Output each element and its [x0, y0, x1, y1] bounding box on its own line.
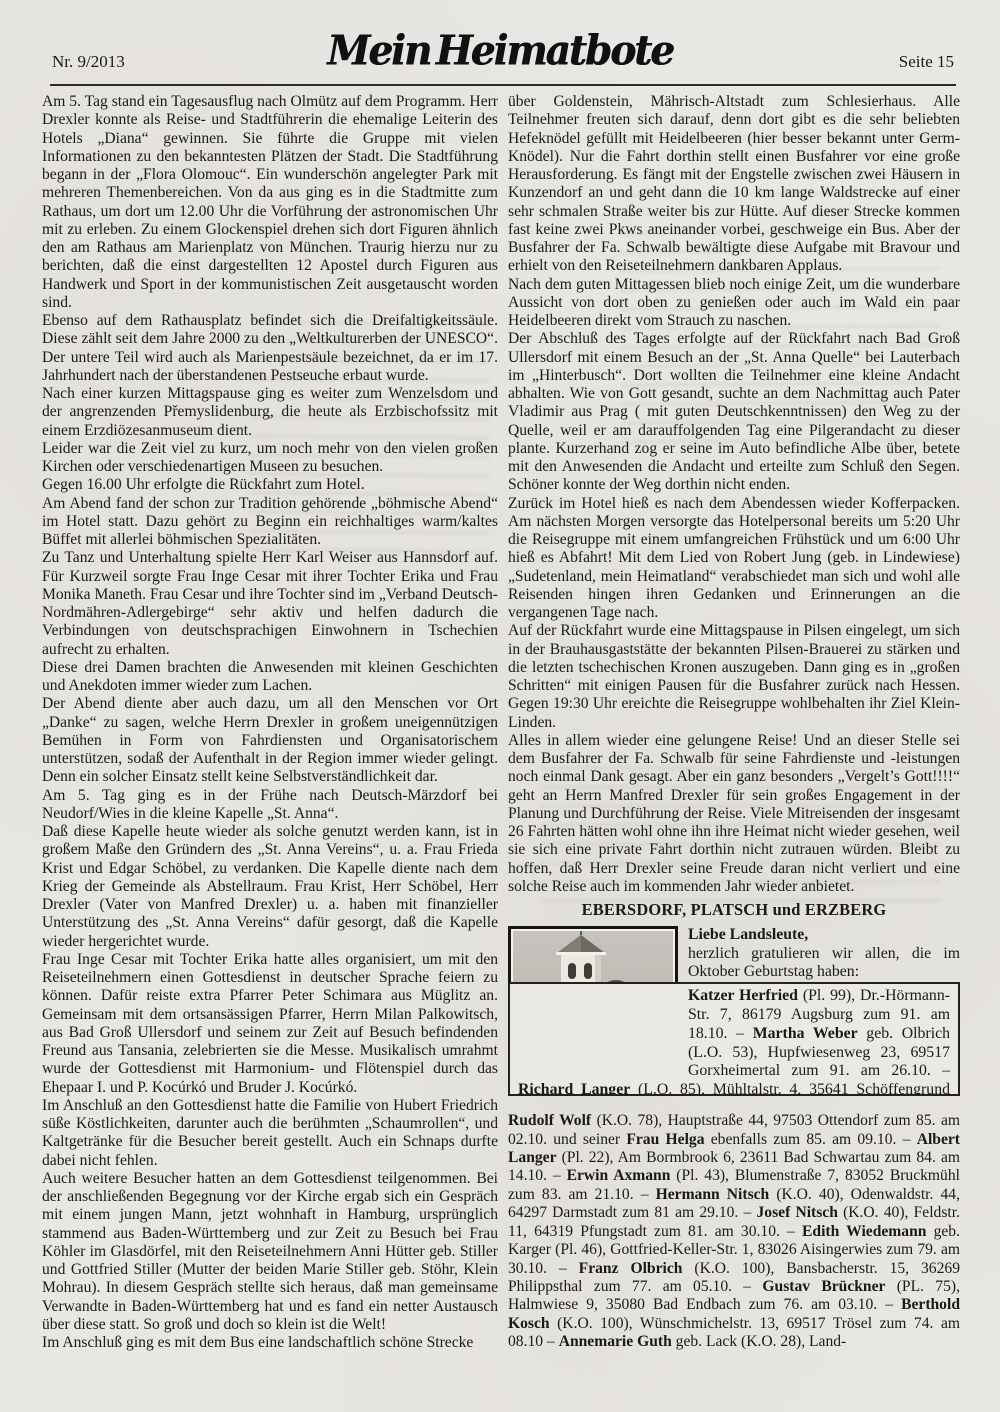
person-name: Martha Weber: [753, 1025, 858, 1042]
paragraph: Zurück im Hotel hieß es nach dem Abendes…: [508, 495, 960, 623]
paragraph: Am 5. Tag ging es in der Frühe nach Deut…: [42, 787, 498, 824]
paragraph: Der Abend diente aber auch dazu, um all …: [42, 695, 498, 786]
paragraph: Zu Tanz und Unterhaltung spielte Herr Ka…: [42, 549, 498, 659]
page-number: Seite 15: [899, 52, 954, 72]
text-segment: ebenfalls zum 85. am 09.10. –: [705, 1131, 917, 1148]
paragraph: Nach einer kurzen Mittagspause ging es w…: [42, 385, 498, 440]
paragraph: Frau Inge Cesar mit Tochter Erika hatte …: [42, 951, 498, 1097]
right-column-paragraphs: über Goldenstein, Mährisch-Altstadt zum …: [508, 93, 960, 896]
paragraph: Gegen 16.00 Uhr erfolgte die Rückfahrt z…: [42, 476, 498, 494]
paragraph: Der Abschluß des Tages erfolgte auf der …: [508, 330, 960, 494]
person-name: Katzer Herfried: [688, 987, 798, 1004]
person-name: Frau Helga: [626, 1131, 704, 1148]
paragraph: Ebenso auf dem Rathausplatz befindet sic…: [42, 312, 498, 385]
person-name: Annemarie Guth: [559, 1333, 672, 1350]
header-rule: [50, 84, 956, 86]
paragraph: Leider war die Zeit viel zu kurz, um noc…: [42, 440, 498, 477]
paragraph: Daß diese Kapelle heute wieder als solch…: [42, 823, 498, 951]
paragraph: über Goldenstein, Mährisch-Altstadt zum …: [508, 93, 960, 276]
person-name: Edith Wiedemann: [802, 1223, 926, 1240]
paragraph: Alles in allem wieder eine gelungene Rei…: [508, 732, 960, 896]
person-name: Erwin Axmann: [567, 1167, 671, 1184]
paragraph: Im Anschluß ging es mit dem Bus eine lan…: [42, 1334, 498, 1352]
paragraph: Auf der Rückfahrt wurde eine Mittagspaus…: [508, 622, 960, 732]
text-segment: geb. Lack (K.O. 28), Land-: [672, 1333, 847, 1350]
paragraph: Auch weitere Besucher hatten an dem Gott…: [42, 1170, 498, 1334]
person-name: Hermann Nitsch: [656, 1186, 770, 1203]
paragraph: Am 5. Tag stand ein Tagesausflug nach Ol…: [42, 93, 498, 312]
right-column: über Goldenstein, Mährisch-Altstadt zum …: [508, 93, 960, 1352]
greeting-block: Liebe Landsleute, herzlich gratulieren w…: [688, 926, 960, 982]
newspaper-page: Nr. 9/2013 Mein Heimatbote Seite 15 Am 5…: [0, 0, 1000, 1412]
section-heading: EBERSDORF, PLATSCH und ERZBERG: [508, 901, 960, 919]
person-name: Gustav Brückner: [762, 1278, 885, 1295]
photo-wrap-spacer: [518, 987, 688, 1064]
birthday-box: Katzer Herfried (Pl. 99), Dr.-Hörmann-St…: [508, 982, 960, 1096]
birthday-section: Liebe Landsleute, herzlich gratulieren w…: [508, 926, 960, 1112]
person-name: Josef Nitsch: [756, 1204, 837, 1221]
person-name: Franz Olbrich: [579, 1260, 683, 1277]
paragraph: Nach dem guten Mittagessen blieb noch ei…: [508, 276, 960, 331]
greeting-title: Liebe Landsleute,: [688, 926, 960, 945]
masthead-title: Mein Heimatbote: [0, 27, 1000, 75]
greeting-text: herzlich gratulieren wir allen, die im O…: [688, 945, 960, 982]
paragraph: Am Abend fand der schon zur Tradition ge…: [42, 495, 498, 550]
paragraph: Diese drei Damen brachten die Anwesenden…: [42, 659, 498, 696]
person-name: Rudolf Wolf: [508, 1112, 591, 1129]
left-column: Am 5. Tag stand ein Tagesausflug nach Ol…: [42, 93, 498, 1352]
birthday-list: Rudolf Wolf (K.O. 78), Hauptstraße 44, 9…: [508, 1112, 960, 1351]
person-name: Richard Langer: [518, 1081, 630, 1096]
paragraph: Im Anschluß an den Gottesdienst hatte di…: [42, 1097, 498, 1170]
